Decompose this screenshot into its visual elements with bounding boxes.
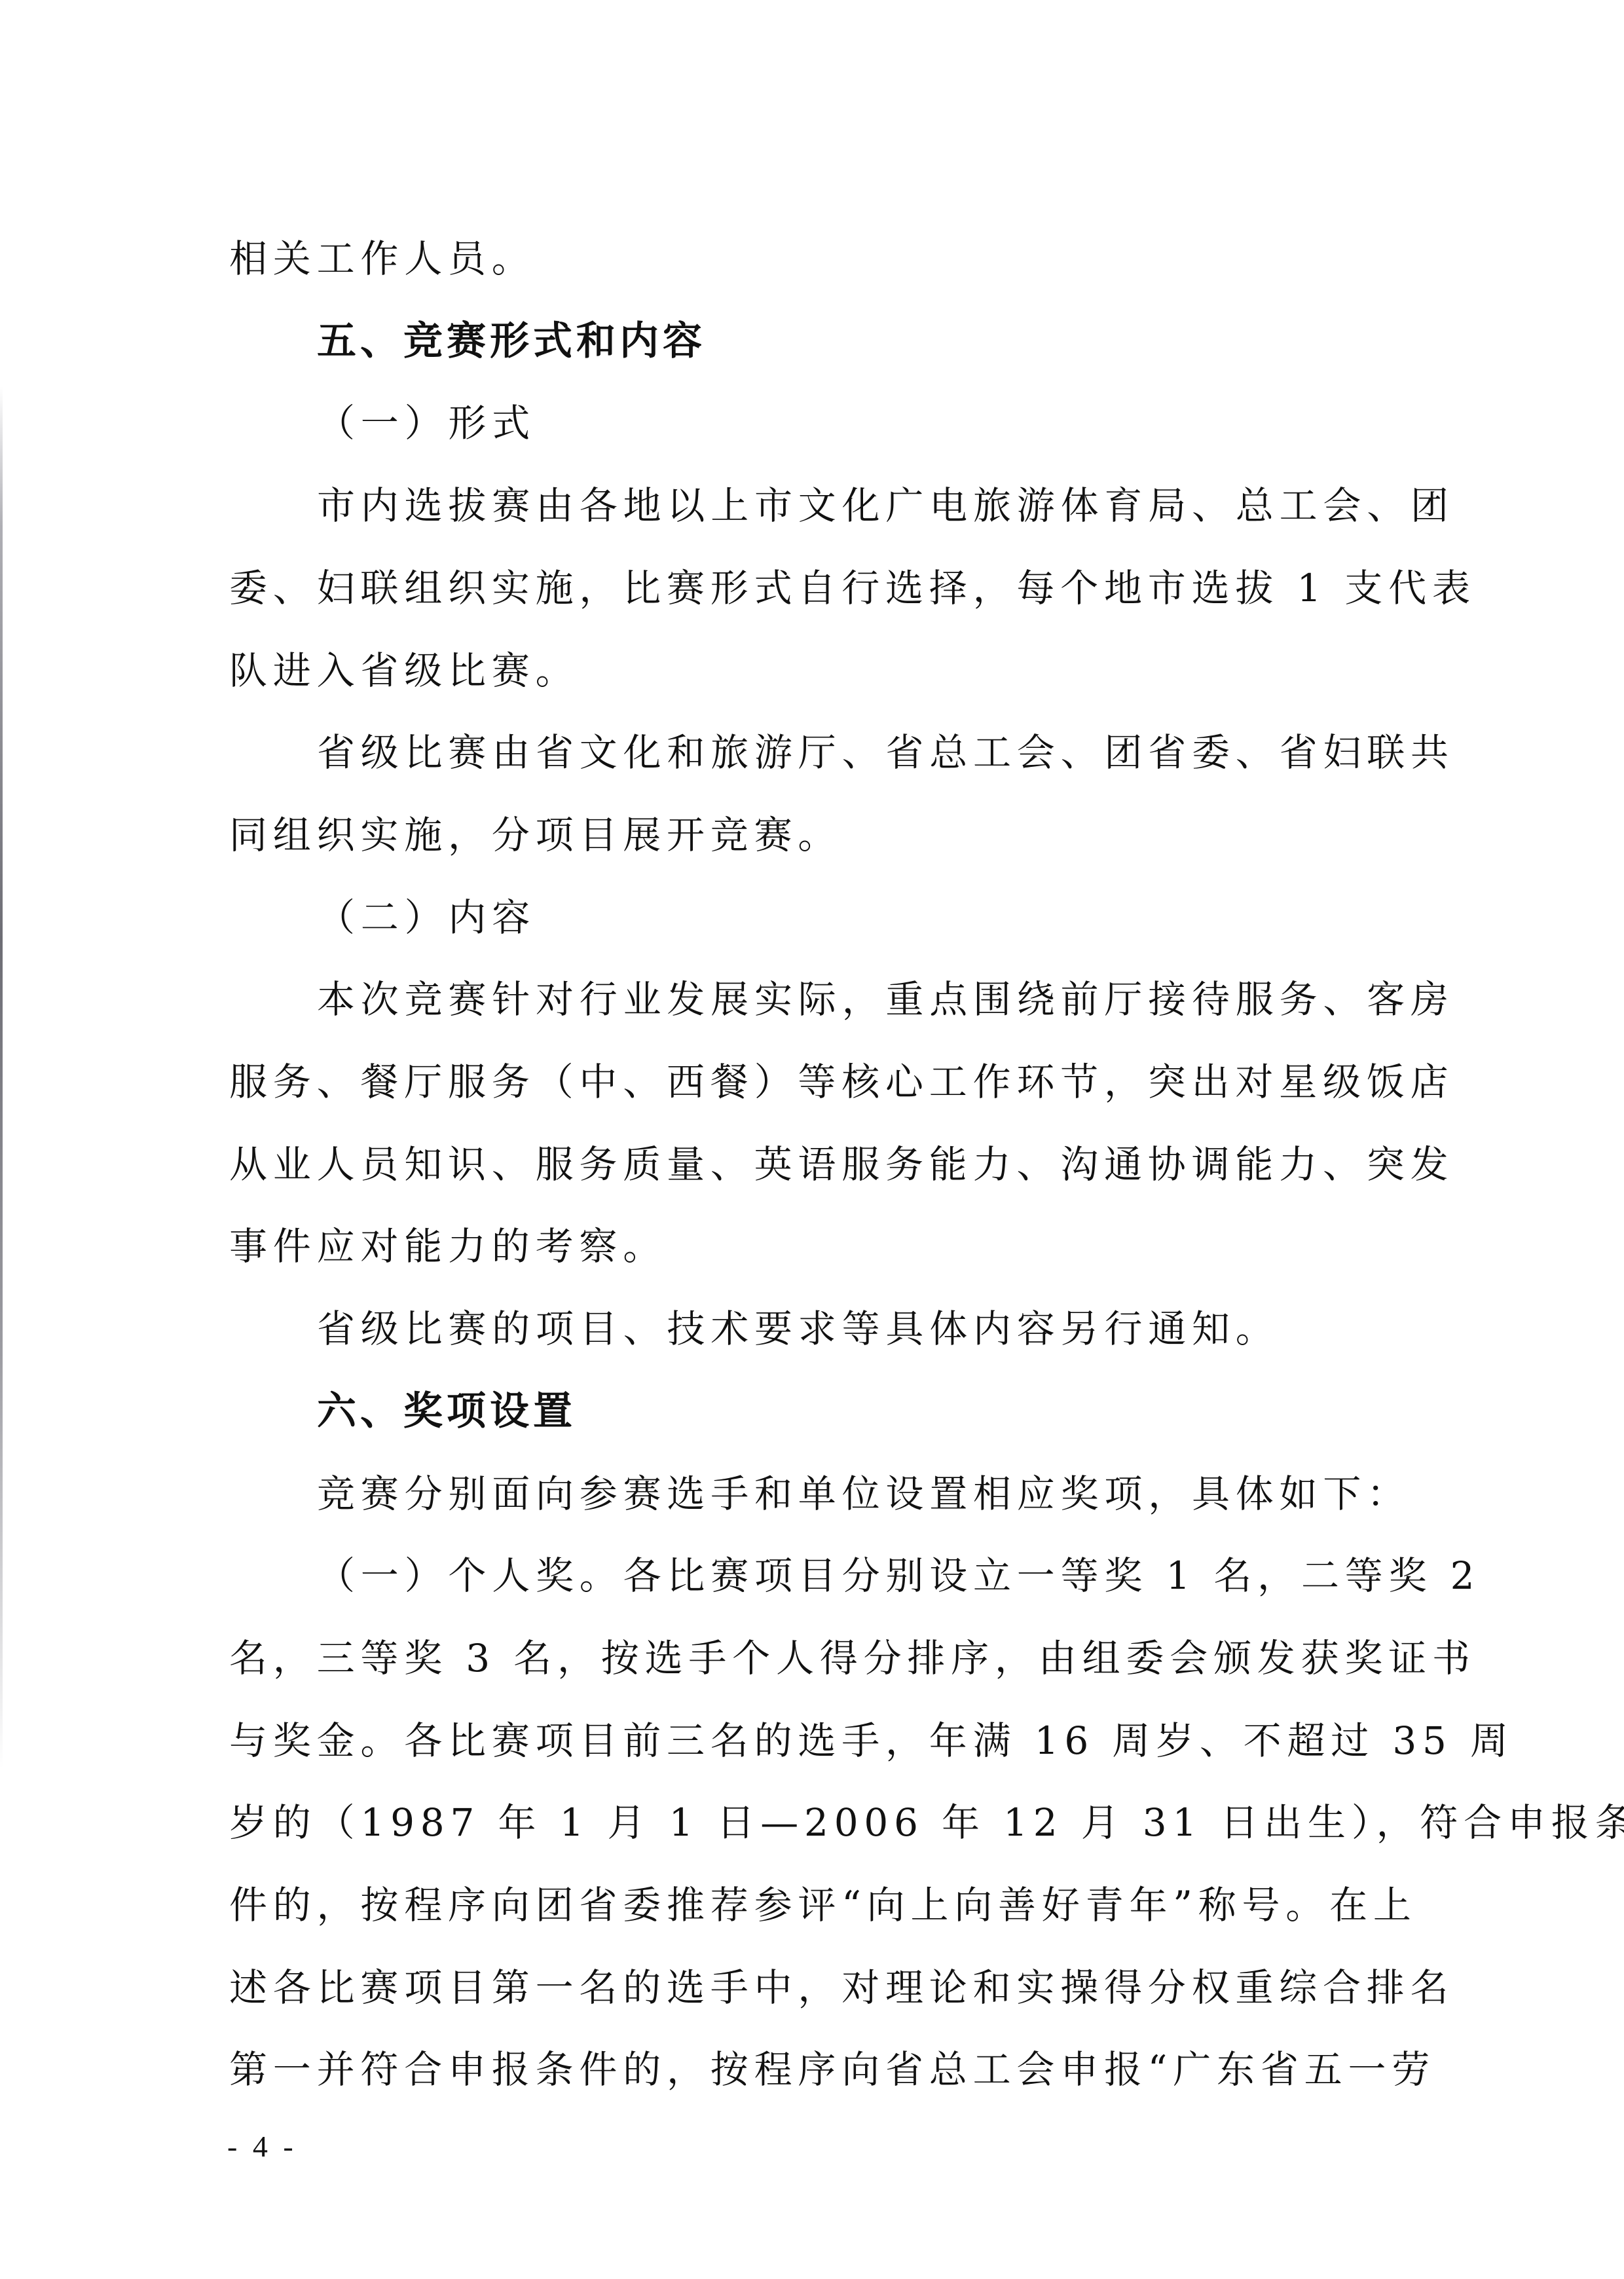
paragraph-line: 从业人员知识、服务质量、英语服务能力、沟通协调能力、突发 — [229, 1138, 1454, 1191]
paragraph-line: 同组织实施，分项目展开竞赛。 — [229, 809, 841, 861]
page-number: - 4 - — [227, 2127, 297, 2166]
paragraph-line: 省级比赛的项目、技术要求等具体内容另行通知。 — [317, 1303, 1280, 1355]
section-heading-6: 六、奖项设置 — [317, 1385, 576, 1437]
paragraph-line: 件的，按程序向团省委推荐参评“向上向善好青年”称号。在上 — [229, 1879, 1417, 1931]
subheading-content: （二）内容 — [317, 891, 536, 944]
paragraph-line: 竞赛分别面向参赛选手和单位设置相应奖项，具体如下： — [317, 1468, 1411, 1520]
paragraph-line: 名，三等奖 3 名，按选手个人得分排序，由组委会颁发获奖证书 — [229, 1632, 1476, 1684]
document-page: 相关工作人员。 五、竞赛形式和内容 （一）形式 市内选拔赛由各地以上市文化广电旅… — [0, 0, 1624, 2279]
paragraph-line: 与奖金。各比赛项目前三名的选手，年满 16 周岁、不超过 35 周 — [229, 1714, 1514, 1767]
paragraph-line: （一）个人奖。各比赛项目分别设立一等奖 1 名，二等奖 2 — [317, 1549, 1480, 1602]
paragraph-line: 第一并符合申报条件的，按程序向省总工会申报“广东省五一劳 — [229, 2043, 1435, 2096]
paragraph-line: 本次竞赛针对行业发展实际，重点围绕前厅接待服务、客房 — [317, 973, 1454, 1026]
paragraph-line: 队进入省级比赛。 — [229, 644, 579, 697]
paragraph-line: 委、妇联组织实施，比赛形式自行选择，每个地市选拔 1 支代表 — [229, 562, 1476, 614]
subheading-form: （一）形式 — [317, 397, 536, 449]
paragraph-line: 省级比赛由省文化和旅游厅、省总工会、团省委、省妇联共 — [317, 726, 1454, 779]
section-heading-5: 五、竞赛形式和内容 — [317, 315, 706, 367]
text-line: 相关工作人员。 — [229, 232, 536, 285]
paragraph-line: 事件应对能力的考察。 — [229, 1220, 667, 1272]
paragraph-line: 服务、餐厅服务（中、西餐）等核心工作环节，突出对星级饭店 — [229, 1056, 1454, 1108]
paragraph-line: 岁的（1987 年 1 月 1 日—2006 年 12 月 31 日出生），符合… — [229, 1796, 1624, 1849]
paragraph-line: 述各比赛项目第一名的选手中，对理论和实操得分权重综合排名 — [229, 1961, 1454, 2014]
paragraph-line: 市内选拔赛由各地以上市文化广电旅游体育局、总工会、团 — [317, 479, 1454, 532]
